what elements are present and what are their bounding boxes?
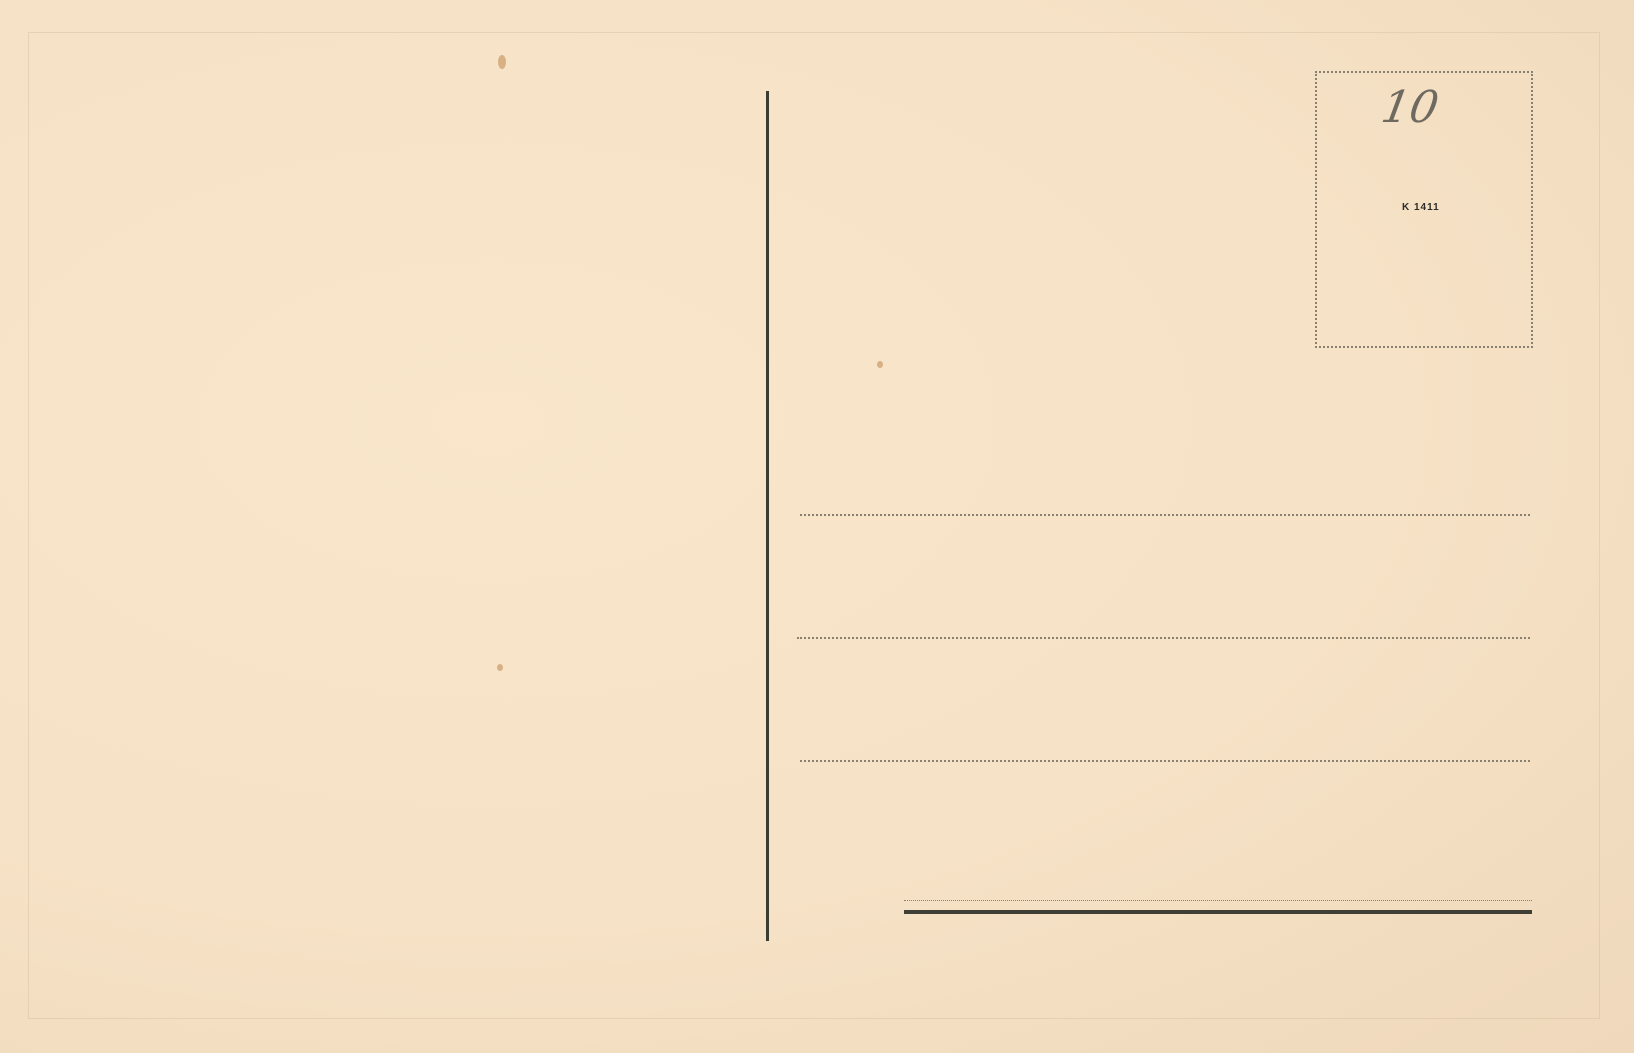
address-line-3 [800,760,1530,762]
foxing-spot [498,55,506,69]
address-line-2 [797,637,1530,639]
foxing-spot [877,361,883,368]
address-line-1 [800,514,1530,516]
pencil-mark: 10 [1378,82,1443,133]
address-line-4-dotted [904,900,1532,901]
message-address-divider [766,91,769,941]
postcard-back: 10 K 1411 [0,0,1634,1053]
foxing-spot [497,664,503,671]
address-line-4-solid [904,910,1532,914]
stamp-code: K 1411 [1402,202,1440,213]
